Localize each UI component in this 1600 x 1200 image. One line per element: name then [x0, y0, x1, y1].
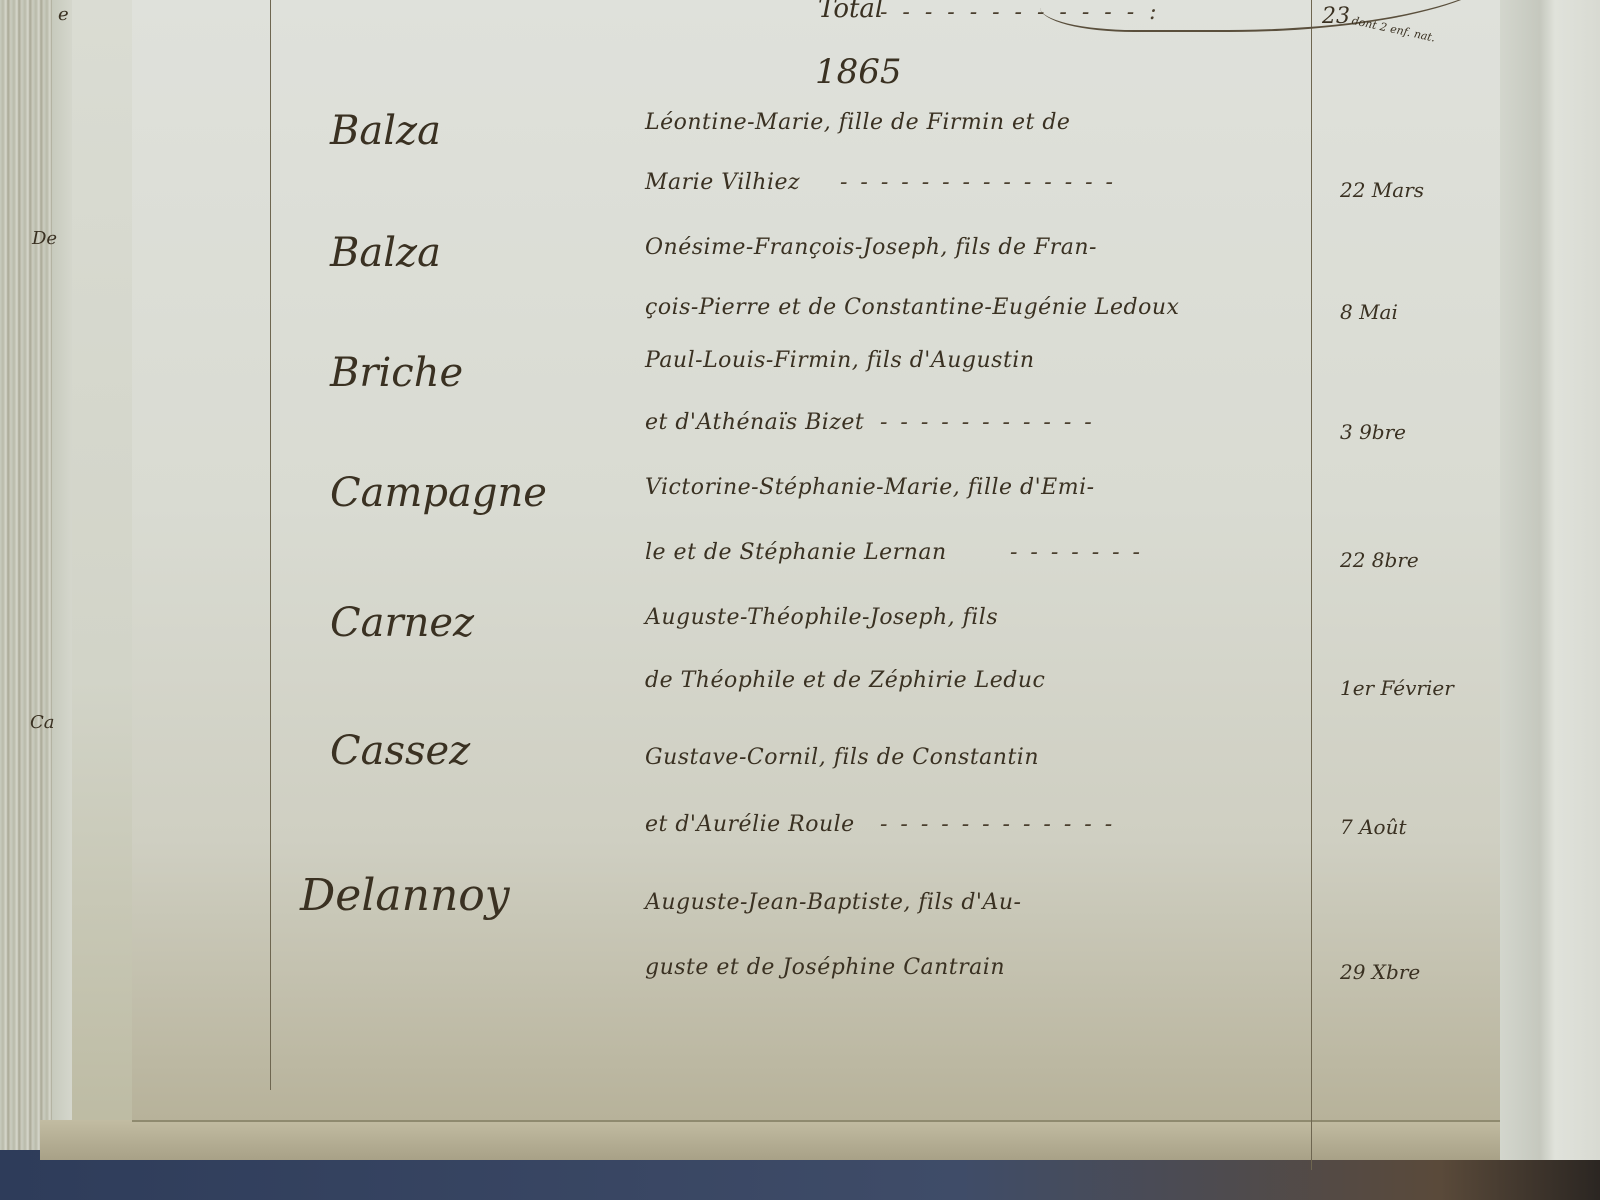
entry-line2: Marie Vilhiez	[645, 170, 800, 195]
entry-surname: Carnez	[330, 600, 474, 646]
margin-mark: Ca	[30, 712, 55, 733]
right-page-fold	[1500, 0, 1600, 1160]
margin-mark: e	[58, 4, 69, 25]
column-rule-left	[270, 0, 271, 1090]
entry-date: 1er Février	[1340, 676, 1454, 700]
entry-surname: Balza	[330, 230, 441, 276]
entry-surname: Cassez	[330, 728, 470, 774]
entry-line1: Léontine-Marie, fille de Firmin et de	[645, 110, 1070, 135]
leader-dashes: - - - - - - -	[1010, 540, 1143, 565]
entry-line1: Auguste-Théophile-Joseph, fils	[645, 605, 998, 630]
entry-line1: Victorine-Stéphanie-Marie, fille d'Emi-	[645, 475, 1095, 500]
entry-line2: de Théophile et de Zéphirie Leduc	[645, 668, 1045, 693]
entry-surname: Campagne	[330, 470, 547, 516]
entry-line1: Paul-Louis-Firmin, fils d'Augustin	[645, 348, 1035, 373]
entry-date: 3 9bre	[1340, 420, 1406, 444]
entry-line2: et d'Aurélie Roule	[645, 812, 855, 837]
entry-date: 22 8bre	[1340, 548, 1419, 572]
year-heading: 1865	[815, 52, 902, 92]
total-value: 23	[1322, 4, 1350, 29]
entry-surname: Briche	[330, 350, 463, 396]
total-label: Total	[818, 0, 883, 24]
entry-line1: Onésime-François-Joseph, fils de Fran-	[645, 235, 1097, 260]
register-photo: e De Ca Total - - - - - - - - - - - - : …	[0, 0, 1600, 1200]
entry-line1: Gustave-Cornil, fils de Constantin	[645, 745, 1039, 770]
entry-surname: Balza	[330, 108, 441, 154]
margin-mark: De	[32, 228, 57, 249]
leader-dashes: - - - - - - - - - - -	[880, 410, 1095, 435]
entry-date: 8 Mai	[1340, 300, 1398, 324]
entry-line2: guste et de Joséphine Cantrain	[645, 955, 1005, 980]
entry-date: 22 Mars	[1340, 178, 1424, 202]
column-rule-right	[1311, 0, 1312, 1170]
entry-date: 7 Août	[1340, 815, 1406, 839]
leader-dashes: - - - - - - - - - - - -	[880, 812, 1115, 837]
leader-dashes: - - - - - - - - - - - - :	[880, 0, 1161, 25]
entry-surname: Delannoy	[300, 870, 510, 921]
page-bottom-edge	[40, 1120, 1520, 1160]
entry-line1: Auguste-Jean-Baptiste, fils d'Au-	[645, 890, 1021, 915]
entry-line2: et d'Athénaïs Bizet	[645, 410, 864, 435]
entry-line2: çois-Pierre et de Constantine-Eugénie Le…	[645, 295, 1179, 320]
entry-date: 29 Xbre	[1340, 960, 1420, 984]
leader-dashes: - - - - - - - - - - - - - -	[840, 170, 1116, 195]
entry-line2: le et de Stéphanie Lernan	[645, 540, 947, 565]
binding-margin	[72, 0, 133, 1130]
